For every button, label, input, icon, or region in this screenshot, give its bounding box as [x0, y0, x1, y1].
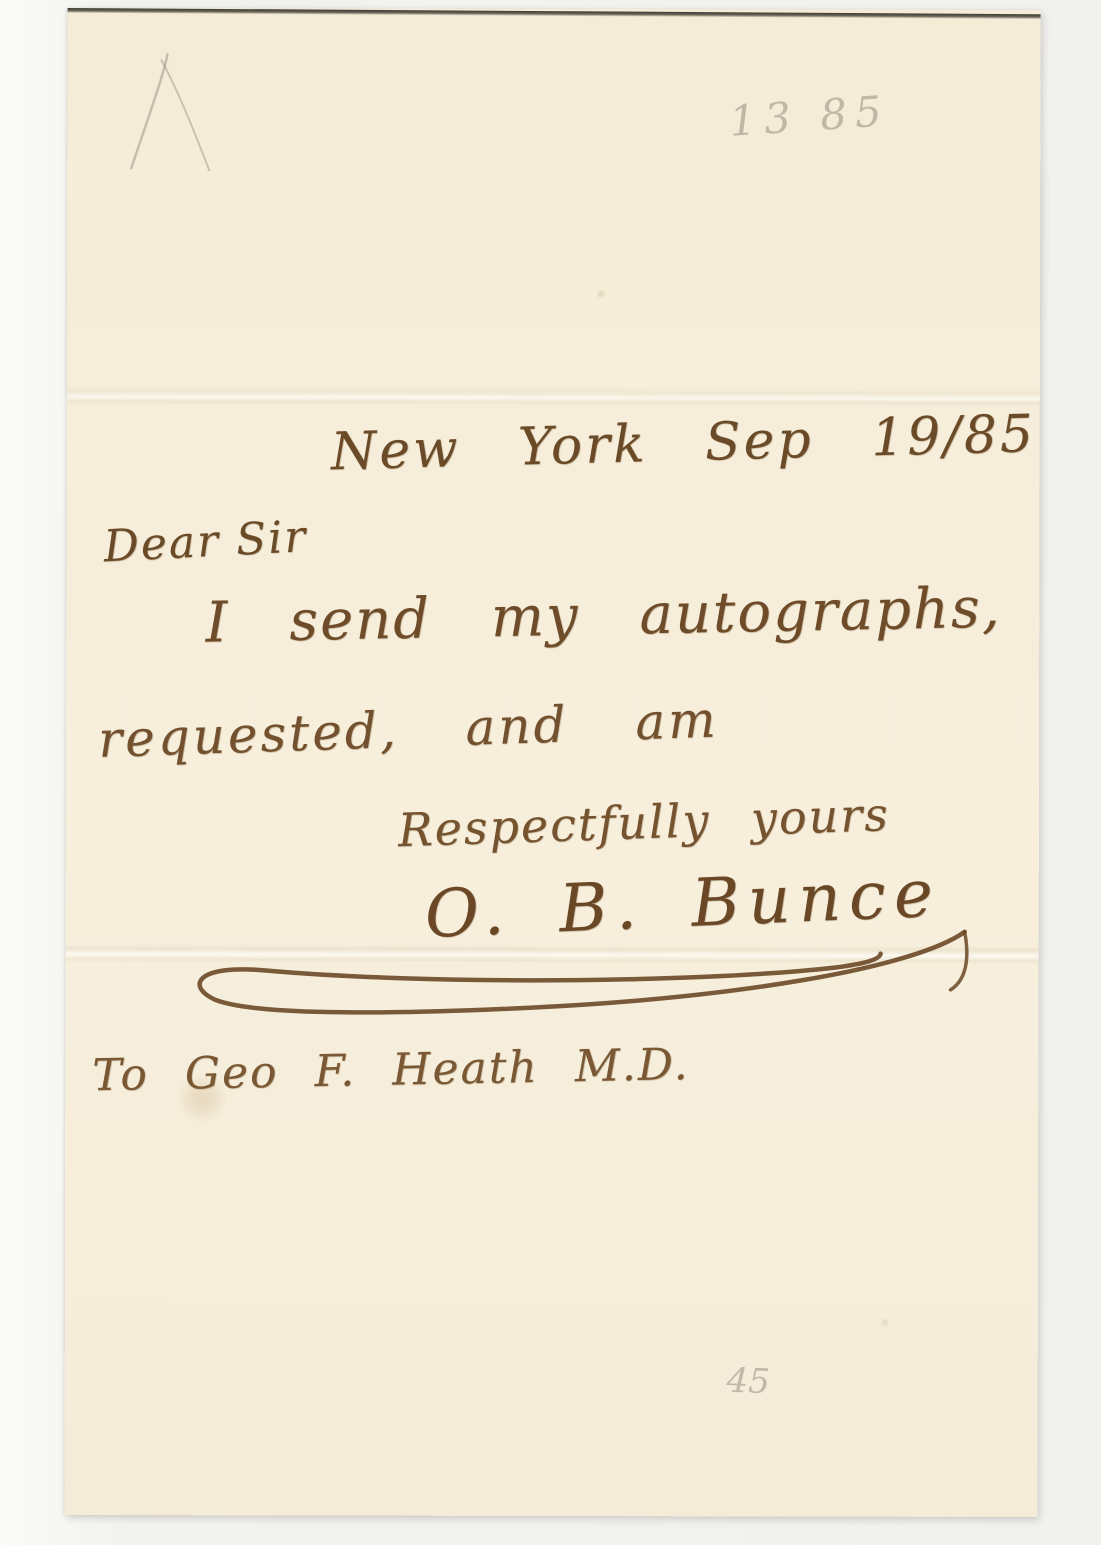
salutation: Dear Sir — [102, 511, 308, 572]
signature-flourish — [174, 926, 984, 1028]
date-line: New York Sep 19/85 — [330, 404, 1037, 482]
addressee-line: To Geo F. Heath M.D. — [92, 1039, 690, 1101]
body-line-1: I send my autographs, — [205, 576, 1002, 656]
scanned-letter-photo: 13 85 New York Sep 19/85 Dear Sir I send… — [0, 0, 1101, 1545]
body-line-2: requested, and am — [97, 691, 719, 769]
pencil-number-top-right: 13 85 — [728, 86, 891, 146]
paper-top-edge-shadow — [68, 8, 1041, 19]
pencil-number-bottom: 45 — [726, 1361, 771, 1403]
closing-line: Respectfully yours — [397, 787, 890, 857]
pencil-x-mark — [123, 46, 223, 176]
fold-crease-upper — [67, 386, 1040, 406]
letter-paper: 13 85 New York Sep 19/85 Dear Sir I send… — [64, 8, 1040, 1517]
